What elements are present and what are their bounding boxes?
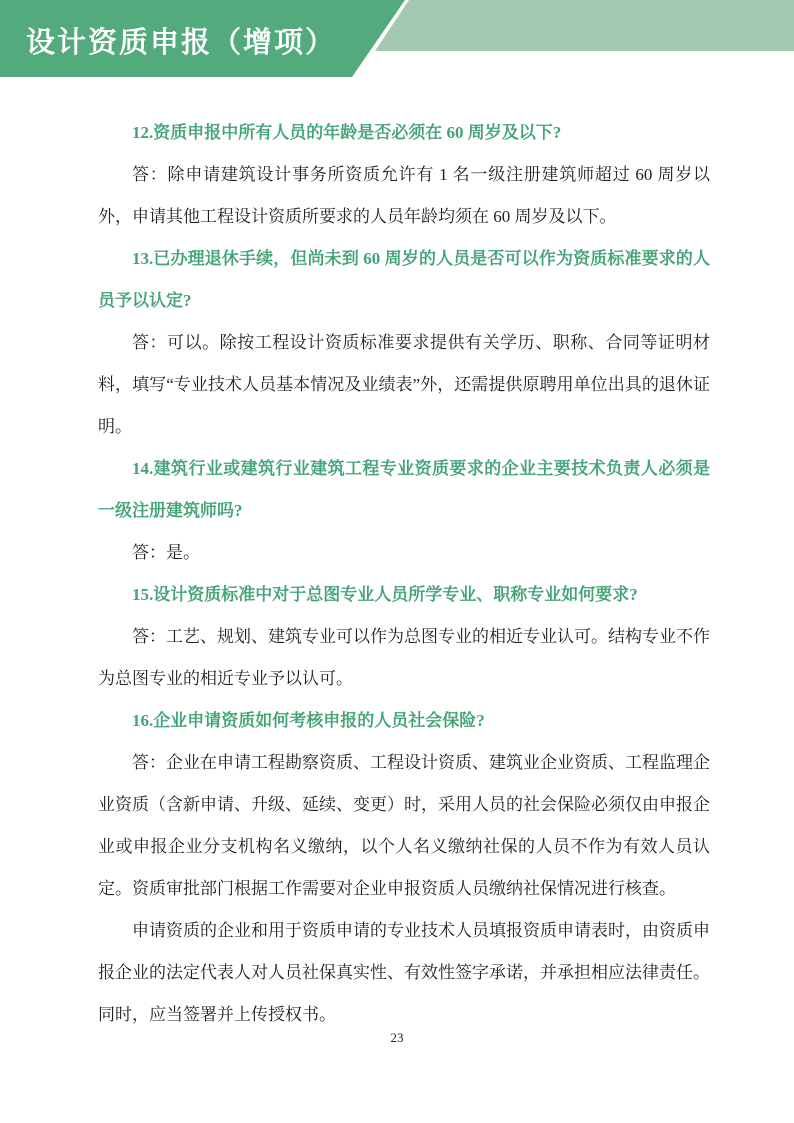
- answer-text: 答：除申请建筑设计事务所资质允许有 1 名一级注册建筑师超过 60 周岁以外，申…: [98, 154, 710, 238]
- page-title: 设计资质申报（增项）: [26, 20, 336, 61]
- qa-list: 12.资质申报中所有人员的年龄是否必须在 60 周岁及以下?答：除申请建筑设计事…: [98, 112, 710, 1036]
- question-text: 16.企业申请资质如何考核申报的人员社会保险?: [98, 700, 710, 742]
- question-text: 13.已办理退休手续，但尚未到 60 周岁的人员是否可以作为资质标准要求的人员予…: [98, 238, 710, 322]
- answer-text: 申请资质的企业和用于资质申请的专业技术人员填报资质申请表时，由资质申报企业的法定…: [98, 910, 710, 1036]
- page-number: 23: [0, 1030, 794, 1046]
- answer-text: 答：企业在申请工程勘察资质、工程设计资质、建筑业企业资质、工程监理企业资质（含新…: [98, 742, 710, 910]
- question-text: 12.资质申报中所有人员的年龄是否必须在 60 周岁及以下?: [98, 112, 710, 154]
- question-text: 14.建筑行业或建筑行业建筑工程专业资质要求的企业主要技术负责人必须是一级注册建…: [98, 448, 710, 532]
- answer-text: 答：是。: [98, 532, 710, 574]
- answer-text: 答：可以。除按工程设计资质标准要求提供有关学历、职称、合同等证明材料，填写“专业…: [98, 322, 710, 448]
- question-text: 15.设计资质标准中对于总图专业人员所学专业、职称专业如何要求?: [98, 574, 710, 616]
- header-banner: 设计资质申报（增项）: [0, 0, 794, 82]
- document-page: 设计资质申报（增项） 12.资质申报中所有人员的年龄是否必须在 60 周岁及以下…: [0, 0, 794, 1123]
- answer-text: 答：工艺、规划、建筑专业可以作为总图专业的相近专业认可。结构专业不作为总图专业的…: [98, 616, 710, 700]
